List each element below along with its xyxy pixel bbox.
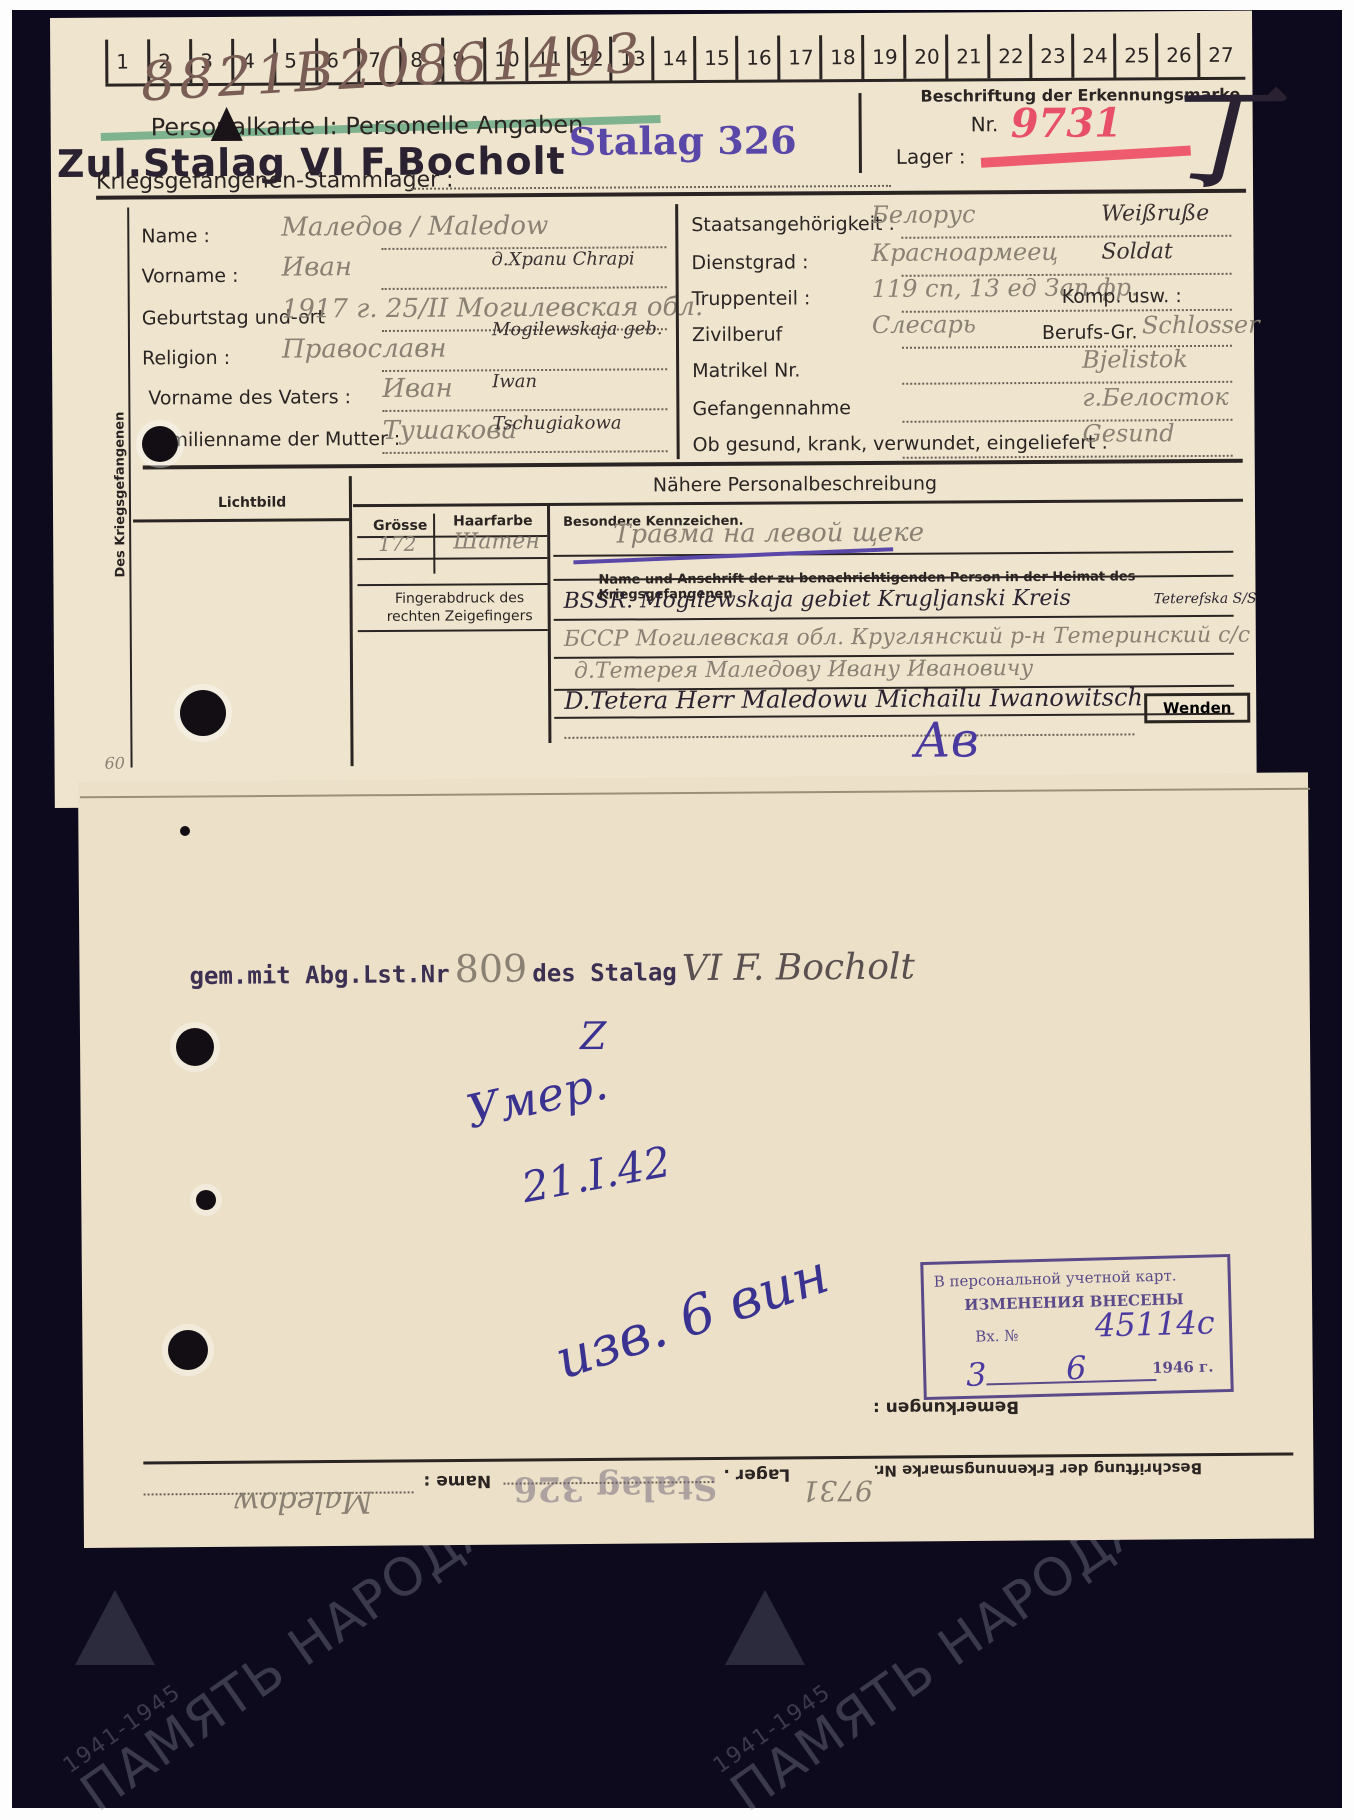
field-extra: Iwan bbox=[492, 371, 537, 392]
rule bbox=[353, 499, 1243, 507]
dotted-line bbox=[564, 733, 1134, 738]
note-z: Z bbox=[580, 1014, 607, 1058]
field-extra: Mogilewskaja geb. bbox=[492, 318, 663, 340]
field-value: Красноармеец bbox=[871, 238, 1058, 267]
field-label: Dienstgrad : bbox=[691, 251, 808, 274]
stamp-in-label: Вх. № bbox=[975, 1327, 1019, 1346]
soviet-registry-stamp: В персональной учетной карт. ИЗМЕНЕНИЯ В… bbox=[920, 1254, 1234, 1400]
fingerprint-label: Fingerabdruck des rechten Zeigefingers bbox=[370, 589, 550, 626]
stamp-line-1: В персональной учетной карт. bbox=[934, 1266, 1177, 1290]
ruler-cell: 18 bbox=[819, 35, 856, 79]
ruler-cell: 25 bbox=[1113, 33, 1150, 77]
photo-label: Lichtbild bbox=[218, 495, 286, 511]
typed-prefix: gem.mit Abg.Lst.Nr bbox=[189, 960, 449, 990]
dotted-line bbox=[411, 185, 891, 190]
field-value: Иван bbox=[382, 374, 453, 404]
tag-nr-label: Nr. bbox=[971, 112, 999, 136]
field-label: Truppenteil : bbox=[692, 287, 811, 310]
star-icon bbox=[725, 1590, 805, 1665]
field-label: Religion : bbox=[142, 347, 230, 370]
field-value: Bjelistok bbox=[1082, 345, 1188, 374]
ink-signature-mark: 丁 bbox=[1160, 51, 1271, 210]
rule bbox=[357, 557, 547, 560]
dotted-line bbox=[902, 419, 1232, 423]
komp-label: Komp. usw. : bbox=[1062, 285, 1182, 308]
rule bbox=[547, 503, 551, 743]
hair-value: Шатен bbox=[453, 529, 540, 555]
height-value: 172 bbox=[378, 532, 416, 556]
note-died: Умер. bbox=[461, 1056, 612, 1139]
berufs-value: Schlosser bbox=[1142, 311, 1260, 340]
record-card-front: 1234567891011121314151617181920212223242… bbox=[50, 11, 1257, 808]
field-label: Name : bbox=[141, 225, 210, 247]
tag-nr-value: 9731 bbox=[1011, 99, 1123, 147]
punch-hole bbox=[180, 826, 190, 836]
marks-value: Травма на левой щеке bbox=[613, 518, 924, 550]
ruler-cell: 21 bbox=[945, 34, 982, 78]
field-value: г.Белосток bbox=[1082, 383, 1228, 412]
divider bbox=[858, 93, 861, 173]
turn-over-box: Wenden bbox=[1144, 693, 1250, 724]
field-label: Vorname des Vaters : bbox=[148, 386, 351, 409]
field-label: Familienname der Mutter : bbox=[149, 428, 401, 452]
field-label: Staatsangehörigkeit : bbox=[691, 213, 895, 236]
list-number: 809 bbox=[454, 946, 527, 991]
camp-handwritten: VI F. Bocholt bbox=[682, 946, 915, 989]
ruler-cell: 20 bbox=[903, 35, 940, 79]
stamp-day: 3 bbox=[966, 1355, 987, 1394]
field-extra: Soldat bbox=[1101, 239, 1173, 264]
field-label: Vorname : bbox=[142, 265, 239, 288]
field-extra: Tschugiakowa bbox=[492, 413, 621, 435]
camp-label: Kriegsgefangenen-Stammlager : bbox=[96, 168, 454, 195]
contact-line: D.Tetera Herr Maledowu Michailu Iwanowit… bbox=[564, 683, 1143, 715]
left-border bbox=[127, 208, 132, 768]
berufs-label: Berufs-Gr. bbox=[1042, 321, 1138, 344]
arrow-mark-icon bbox=[211, 107, 243, 141]
side-label: Des Kriegsgefangenen bbox=[112, 412, 128, 578]
field-label: Matrikel Nr. bbox=[692, 359, 800, 382]
field-value: Маледов / Maledow bbox=[281, 211, 548, 243]
stalag-326-stamp: Stalag 326 bbox=[569, 117, 797, 163]
field-value: Белорус bbox=[871, 200, 975, 229]
note-notified: изв. 6 вин bbox=[548, 1242, 837, 1391]
ruler-cell: 24 bbox=[1071, 34, 1108, 78]
field-extra: д.Храпи Chrapi bbox=[491, 248, 634, 270]
contact-line: Teterefska S/S bbox=[1154, 591, 1257, 608]
typed-middle: des Stalag bbox=[532, 958, 677, 987]
ruler-cell: 16 bbox=[735, 36, 772, 80]
ruler-cell: 1 bbox=[105, 40, 129, 84]
lager-label-upside: Lager . bbox=[723, 1464, 790, 1485]
typed-transfer-line: gem.mit Abg.Lst.Nr 809 des Stalag VI F. … bbox=[189, 943, 915, 993]
section-rule bbox=[143, 459, 1243, 470]
initials-signature: Ав bbox=[914, 712, 979, 768]
punch-hole bbox=[180, 690, 226, 736]
contact-line: BSSR. Mogilewskaja gebiet Krugljanski Kr… bbox=[563, 586, 1070, 614]
ruler-cell: 22 bbox=[987, 34, 1024, 78]
stamp-in-number: 45114с bbox=[1094, 1303, 1215, 1344]
rule bbox=[133, 518, 349, 522]
punch-hole bbox=[196, 1190, 216, 1210]
ruler-cell: 23 bbox=[1029, 34, 1066, 78]
punch-hole bbox=[168, 1330, 208, 1370]
rule bbox=[433, 514, 435, 574]
contact-line: д.Тетерея Маледову Ивану Ивановичу bbox=[574, 656, 1033, 684]
field-label: Gefangennahme bbox=[692, 397, 851, 420]
dotted-line bbox=[382, 408, 667, 412]
field-value: Gesund bbox=[1082, 419, 1174, 448]
field-label: Ob gesund, krank, verwundet, eingeliefer… bbox=[693, 432, 1108, 457]
rule bbox=[358, 629, 548, 632]
field-value: Иван bbox=[281, 252, 352, 282]
column-divider bbox=[675, 204, 680, 459]
stalag-stamp-upside: Stalag 326 bbox=[513, 1467, 717, 1509]
field-value: Православн bbox=[282, 334, 447, 365]
tag-label-upside: Beschriftung der Erkennungsmarke Nr. bbox=[873, 1459, 1202, 1480]
name-value-upside: Maledow bbox=[234, 1484, 373, 1520]
rule bbox=[357, 583, 547, 586]
margin-note: 60 bbox=[104, 754, 124, 773]
stamp-year: 1946 г. bbox=[1152, 1357, 1214, 1377]
section-title: Nähere Personalbeschreibung bbox=[653, 473, 937, 497]
field-value: Слесарь bbox=[872, 310, 976, 339]
red-mark bbox=[981, 146, 1191, 168]
remarks-label: Bemerkungen : bbox=[873, 1397, 1019, 1418]
ruler-cell: 17 bbox=[777, 35, 814, 79]
dotted-line bbox=[383, 450, 668, 454]
ruler-cell: 15 bbox=[693, 36, 730, 80]
rule bbox=[554, 615, 1234, 621]
archive-number: 8821B20861493 bbox=[139, 21, 646, 113]
note-date: 21.I.42 bbox=[518, 1137, 675, 1212]
name-label-upside: Name : bbox=[423, 1471, 491, 1492]
punch-hole bbox=[142, 426, 178, 462]
field-label: Zivilberuf bbox=[692, 324, 783, 347]
ruler-cell: 19 bbox=[861, 35, 898, 79]
contact-line: БССР Могилевская обл. Круглянский р-н Те… bbox=[564, 623, 1250, 652]
record-card-back: gem.mit Abg.Lst.Nr 809 des Stalag VI F. … bbox=[78, 772, 1314, 1548]
field-extra: Weißruße bbox=[1101, 201, 1209, 227]
ruler-cell: 14 bbox=[651, 36, 688, 80]
punch-hole bbox=[176, 1028, 214, 1066]
dotted-line bbox=[382, 286, 667, 290]
photo-divider bbox=[349, 476, 354, 766]
star-icon bbox=[75, 1590, 155, 1665]
hair-label: Haarfarbe bbox=[453, 513, 533, 529]
tag-lager-label: Lager : bbox=[896, 144, 966, 168]
tag-value-upside: 9731 bbox=[801, 1474, 873, 1508]
